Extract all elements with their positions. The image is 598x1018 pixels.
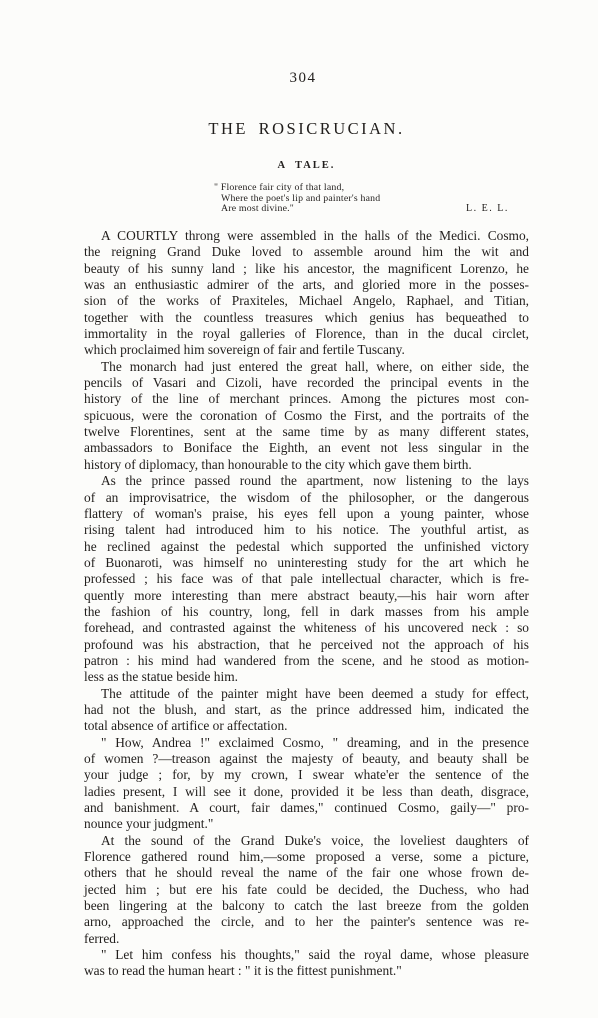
text-line: rising talent had introduced him to his … xyxy=(84,522,529,538)
text-line: patron : his mind had wandered from the … xyxy=(84,653,529,669)
text-line: the fashion of his country, long, fell i… xyxy=(84,604,529,620)
text-line: the reigning Grand Duke loved to assembl… xyxy=(84,244,529,260)
text-line: beauty of his sunny land ; like his ance… xyxy=(84,261,529,277)
paragraph: The monarch had just entered the great h… xyxy=(84,359,529,473)
text-line: was to read the human heart : " it is th… xyxy=(84,963,529,979)
text-line: Florence gathered round him,—some propos… xyxy=(84,849,529,865)
text-line: " Let him confess his thoughts," said th… xyxy=(84,947,529,963)
text-line: total absence of artifice or affectation… xyxy=(84,718,529,734)
text-line: quently more interesting than mere abstr… xyxy=(84,588,529,604)
text-line: ladies present, I will see it done, prov… xyxy=(84,784,529,800)
paragraph: At the sound of the Grand Duke's voice, … xyxy=(84,833,529,947)
story-title: THE ROSICRUCIAN. xyxy=(84,119,529,139)
book-page: 304 THE ROSICRUCIAN. A TALE. " Florence … xyxy=(0,0,598,1018)
text-line: he reclined against the pedestal which s… xyxy=(84,539,529,555)
epigraph-line: Are most divine." xyxy=(221,204,380,215)
text-line: history of diplomacy, than honourable to… xyxy=(84,457,529,473)
text-line: forehead, and contrasted against the whi… xyxy=(84,620,529,636)
text-line: As the prince passed round the apartment… xyxy=(84,473,529,489)
text-line: which proclaimed him sovereign of fair a… xyxy=(84,342,529,358)
text-line: history of the line of merchant princes.… xyxy=(84,391,529,407)
text-line: ferred. xyxy=(84,931,529,947)
text-line: flattery of woman's praise, his eyes fel… xyxy=(84,506,529,522)
text-line: your judge ; for, by my crown, I swear w… xyxy=(84,767,529,783)
text-line: of an improvisatrice, the wisdom of the … xyxy=(84,490,529,506)
paragraph: " Let him confess his thoughts," said th… xyxy=(84,947,529,980)
text-line: At the sound of the Grand Duke's voice, … xyxy=(84,833,529,849)
epigraph-attribution: L. E. L. xyxy=(466,203,509,214)
paragraph: As the prince passed round the apartment… xyxy=(84,473,529,685)
text-line: spicuous, were the coronation of Cosmo t… xyxy=(84,408,529,424)
text-line: of Buonaroti, was himself no uninteresti… xyxy=(84,555,529,571)
text-line: nounce your judgment." xyxy=(84,816,529,832)
body-text: A COURTLY throng were assembled in the h… xyxy=(84,228,529,980)
text-line: was an enthusiastic admirer of the arts,… xyxy=(84,277,529,293)
text-line: pencils of Vasari and Cizoli, have recor… xyxy=(84,375,529,391)
text-line: been lingering at the balcony to catch t… xyxy=(84,898,529,914)
text-line: The attitude of the painter might have b… xyxy=(84,686,529,702)
epigraph: " Florence fair city of that land, Where… xyxy=(214,183,380,215)
page-number: 304 xyxy=(84,70,522,87)
text-line: professed ; his face was of that pale in… xyxy=(84,571,529,587)
text-line: A COURTLY throng were assembled in the h… xyxy=(84,228,529,244)
text-line: twelve Florentines, sent at the same tim… xyxy=(84,424,529,440)
text-line: together with the countless treasures wh… xyxy=(84,310,529,326)
text-line: immortality in the royal galleries of Fl… xyxy=(84,326,529,342)
text-line: ambassadors to Boniface the Eighth, an e… xyxy=(84,440,529,456)
text-line: " How, Andrea !" exclaimed Cosmo, " drea… xyxy=(84,735,529,751)
text-line: others that he should reveal the name of… xyxy=(84,865,529,881)
text-line: less as the statue beside him. xyxy=(84,669,529,685)
text-line: arno, approached the circle, and to her … xyxy=(84,914,529,930)
text-line: had not the blush, and start, as the pri… xyxy=(84,702,529,718)
text-line: The monarch had just entered the great h… xyxy=(84,359,529,375)
paragraph: The attitude of the painter might have b… xyxy=(84,686,529,735)
text-line: sion of the works of Praxiteles, Michael… xyxy=(84,293,529,309)
paragraph: " How, Andrea !" exclaimed Cosmo, " drea… xyxy=(84,735,529,833)
paragraph: A COURTLY throng were assembled in the h… xyxy=(84,228,529,359)
text-line: and banishment. A court, fair dames," co… xyxy=(84,800,529,816)
text-line: jected him ; but ere his fate could be d… xyxy=(84,882,529,898)
text-line: profound was his abstraction, that he pe… xyxy=(84,637,529,653)
story-subtitle: A TALE. xyxy=(84,160,529,171)
text-line: of women ?—treason against the majesty o… xyxy=(84,751,529,767)
